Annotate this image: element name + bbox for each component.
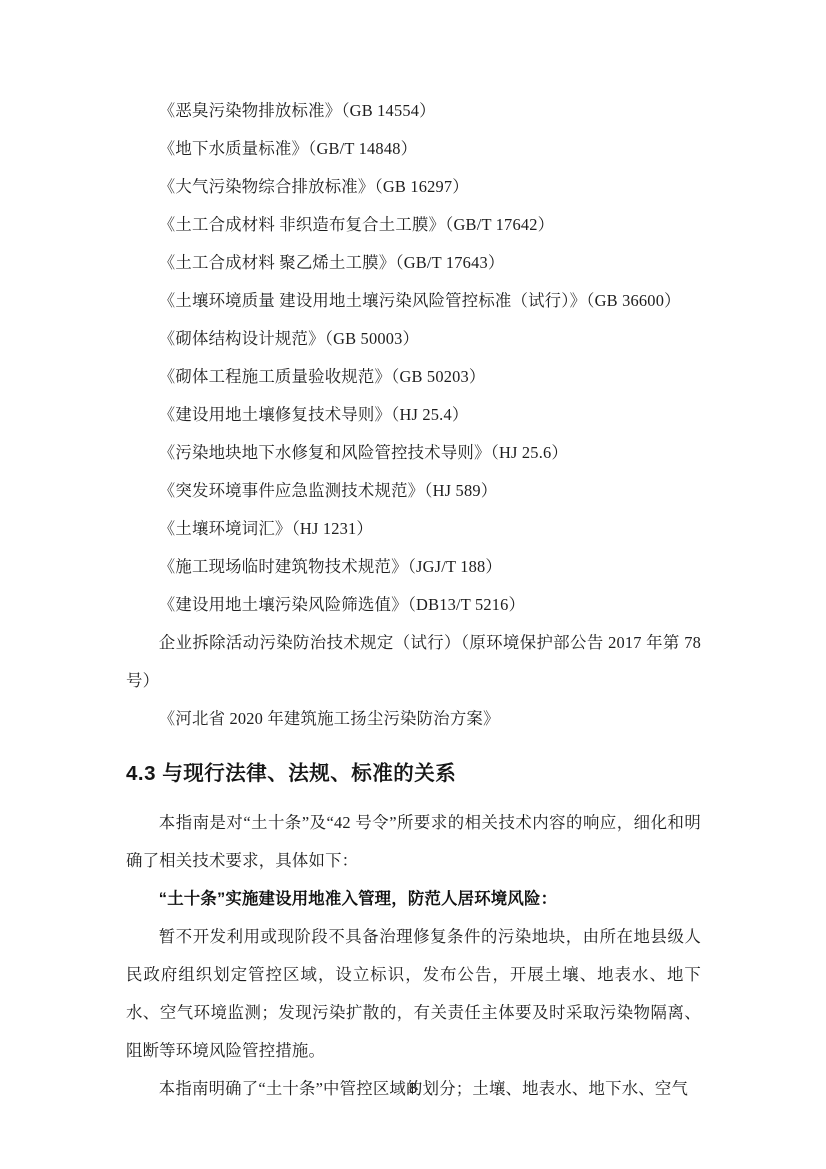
standard-item: 《土工合成材料 聚乙烯土工膜》（GB/T 17643） bbox=[126, 244, 701, 282]
standard-item: 《土壤环境质量 建设用地土壤污染风险管控标准（试行）》（GB 36600） bbox=[126, 282, 701, 320]
section-heading: 4.3 与现行法律、法规、标准的关系 bbox=[126, 759, 701, 789]
standard-item: 《污染地块地下水修复和风险管控技术导则》（HJ 25.6） bbox=[126, 434, 701, 472]
paragraph-bold-subheading: “土十条”实施建设用地准入管理，防范人居环境风险： bbox=[126, 880, 701, 918]
standard-item: 《施工现场临时建筑物技术规范》（JGJ/T 188） bbox=[126, 548, 701, 586]
paragraph-body: 暂不开发利用或现阶段不具备治理修复条件的污染地块，由所在地县级人民政府组织划定管… bbox=[126, 918, 701, 1070]
standard-item: 《地下水质量标准》（GB/T 14848） bbox=[126, 130, 701, 168]
standard-item: 企业拆除活动污染防治技术规定（试行）（原环境保护部公告 2017 年第 78 号… bbox=[126, 624, 701, 700]
standards-list: 《恶臭污染物排放标准》（GB 14554） 《地下水质量标准》（GB/T 148… bbox=[126, 92, 701, 738]
standard-item: 《河北省 2020 年建筑施工扬尘污染防治方案》 bbox=[126, 700, 701, 738]
standard-item: 《建设用地土壤修复技术导则》（HJ 25.4） bbox=[126, 396, 701, 434]
standard-item: 《大气污染物综合排放标准》（GB 16297） bbox=[126, 168, 701, 206]
standard-item: 《砌体结构设计规范》（GB 50003） bbox=[126, 320, 701, 358]
standard-item: 《土工合成材料 非织造布复合土工膜》（GB/T 17642） bbox=[126, 206, 701, 244]
paragraph-intro: 本指南是对“土十条”及“42 号令”所要求的相关技术内容的响应，细化和明确了相关… bbox=[126, 804, 701, 880]
document-page: 《恶臭污染物排放标准》（GB 14554） 《地下水质量标准》（GB/T 148… bbox=[0, 0, 826, 1169]
page-content: 《恶臭污染物排放标准》（GB 14554） 《地下水质量标准》（GB/T 148… bbox=[126, 92, 701, 1108]
standard-item: 《建设用地土壤污染风险筛选值》（DB13/T 5216） bbox=[126, 586, 701, 624]
page-number: 8 bbox=[0, 1080, 826, 1097]
standard-item: 《土壤环境词汇》（HJ 1231） bbox=[126, 510, 701, 548]
standard-item: 《砌体工程施工质量验收规范》（GB 50203） bbox=[126, 358, 701, 396]
standard-item: 《恶臭污染物排放标准》（GB 14554） bbox=[126, 92, 701, 130]
standard-item: 《突发环境事件应急监测技术规范》（HJ 589） bbox=[126, 472, 701, 510]
